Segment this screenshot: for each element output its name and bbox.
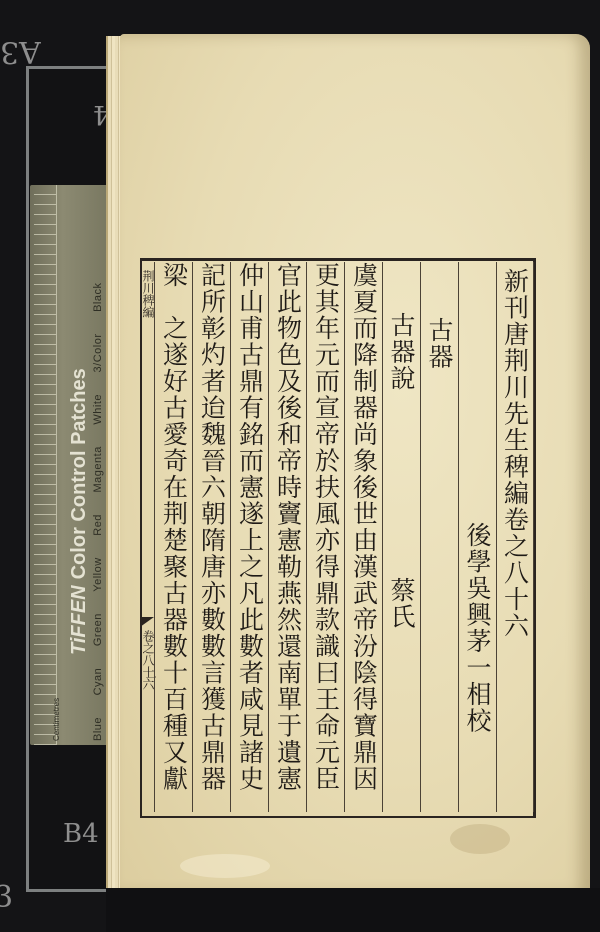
color-label-yellow: Yellow	[92, 557, 104, 591]
color-label-3color: 3/Color	[92, 333, 104, 372]
tiffen-logo: TiFFEN	[68, 585, 90, 655]
text-column-body1: 虞夏而降制器尚象後世由漢武帝汾陰得寶鼎因	[344, 262, 383, 812]
paper-stain	[180, 854, 270, 878]
color-label-green: Green	[92, 613, 104, 646]
background-marker-3: 3	[0, 880, 13, 915]
text-column-title: 新刊唐荆川先生稗編卷之八十六	[496, 262, 534, 812]
frame-marker-bottom: B4	[63, 819, 99, 849]
text-column-section: 古器	[420, 262, 458, 812]
color-label-magenta: Magenta	[92, 446, 104, 492]
ruler-color-labels: Blue Cyan Green Yellow Red Magenta White…	[92, 265, 104, 742]
ruler-ticks	[34, 185, 57, 745]
color-label-white: White	[92, 394, 104, 425]
banxin-fold-column: 荆川稗編 卷之八十六 一	[140, 262, 155, 812]
bottom-shadow	[106, 888, 600, 932]
color-label-red: Red	[92, 514, 104, 536]
color-label-black: Black	[92, 283, 104, 312]
text-column-body4: 仲山甫古鼎有銘而憲遂上之凡此數者咸見諸史	[230, 262, 269, 812]
ruler-title: Color Control Patches	[68, 368, 90, 579]
color-label-cyan: Cyan	[92, 668, 104, 696]
text-column-subsection: 古器說 蔡氏	[382, 262, 420, 812]
ruler-brand: TiFFENColor Control Patches	[68, 368, 91, 655]
color-control-ruler: Centimetres TiFFENColor Control Patches …	[30, 185, 112, 745]
text-column-body2: 更其年元而宣帝於扶風亦得鼎款識曰王命元臣	[306, 262, 345, 812]
fish-tail-icon	[140, 617, 154, 627]
text-column-editor: 後學吳興茅一相校	[458, 262, 496, 812]
background-marker-a3: A3	[0, 34, 41, 69]
paper-stain	[450, 824, 510, 854]
text-column-body5: 記所彰灼者迨魏晉六朝隋唐亦數數言獲古鼎器	[192, 262, 231, 812]
text-column-body3: 官此物色及後和帝時竇憲勒燕然還南單于遺憲	[268, 262, 307, 812]
ruler-units-label: Centimetres	[52, 698, 61, 741]
color-label-blue: Blue	[92, 717, 104, 741]
text-column-body6: 梁 之遂好古愛奇在荆楚聚古器數十百種又獻	[154, 262, 193, 812]
